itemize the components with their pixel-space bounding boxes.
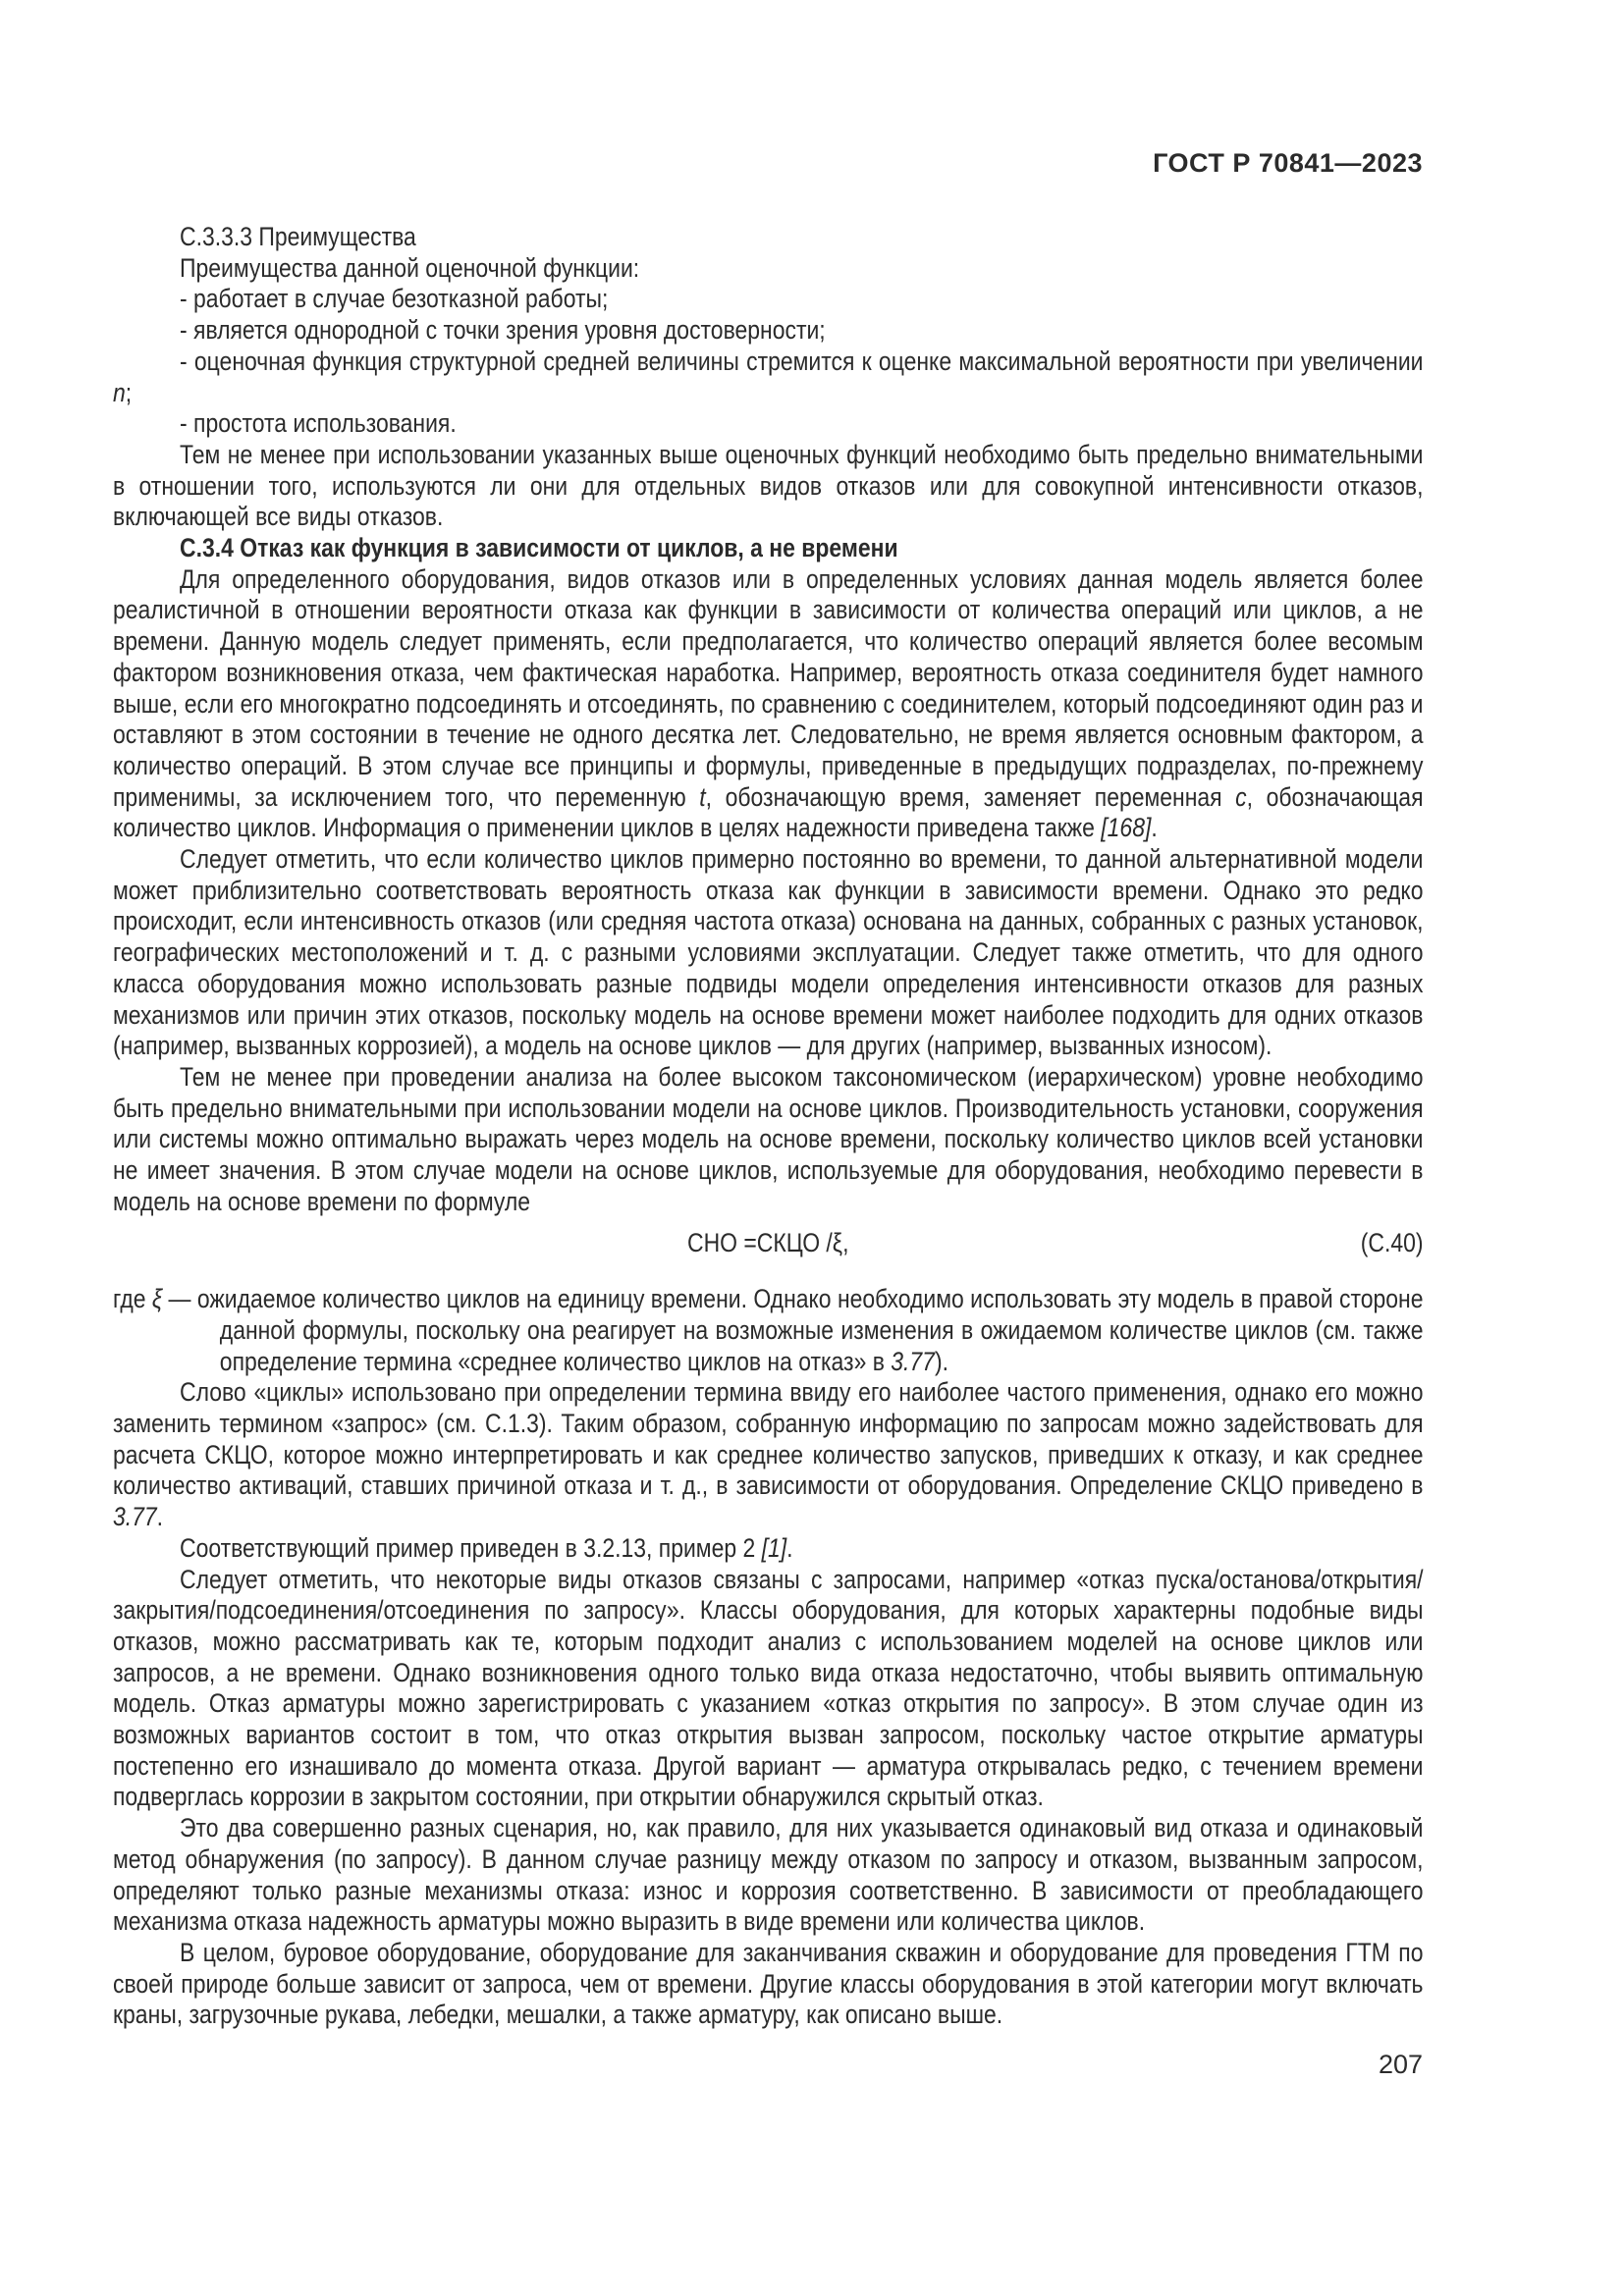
- text-run: 3.77: [113, 1502, 157, 1531]
- text-run: [168]: [1101, 813, 1151, 842]
- text-run: Слово «циклы» использовано при определен…: [113, 1377, 1424, 1500]
- para-cycles-term: Слово «циклы» использовано при определен…: [113, 1377, 1424, 1533]
- text-run: Тем не менее при использовании указанных…: [113, 440, 1424, 531]
- page-number: 207: [113, 2049, 1423, 2080]
- text-run: Следует отметить, что если количество ци…: [113, 844, 1424, 1060]
- clause-heading-c34: С.3.4 Отказ как функция в зависимости от…: [113, 533, 1424, 564]
- formula-expression: СНО =СКЦО /ξ,: [687, 1228, 848, 1257]
- text-run: В целом, буровое оборудование, оборудова…: [113, 1938, 1424, 2029]
- text-run: - работает в случае безотказной работы;: [180, 284, 608, 313]
- text-run: - оценочная функция структурной средней …: [180, 347, 1424, 376]
- bullet-estimator-max-probability: - оценочная функция структурной средней …: [113, 347, 1424, 408]
- text-run: .: [1151, 813, 1157, 842]
- document-page: ГОСТ Р 70841—2023 С.3.3.3 Преимущества П…: [0, 0, 1624, 2296]
- text-run: Следует отметить, что некоторые виды отк…: [113, 1565, 1424, 1812]
- para-taxonomic-caution: Тем не менее при проведении анализа на б…: [113, 1062, 1424, 1218]
- text-run: .: [157, 1502, 163, 1531]
- text-run: С.3.4 Отказ как функция в зависимости от…: [180, 533, 898, 562]
- text-run: где: [113, 1284, 152, 1313]
- para-demand-failure-modes: Следует отметить, что некоторые виды отк…: [113, 1565, 1424, 1814]
- para-example-reference: Соответствующий пример приведен в 3.2.13…: [113, 1533, 1424, 1565]
- para-advantages-intro: Преимущества данной оценочной функции:: [113, 253, 1424, 285]
- text-run: Соответствующий пример приведен в 3.2.13…: [180, 1533, 762, 1563]
- text-run: С.3.3.3 Преимущества: [180, 222, 416, 251]
- para-general-conclusion: В целом, буровое оборудование, оборудова…: [113, 1938, 1424, 2031]
- text-run: ).: [935, 1347, 948, 1376]
- para-caution-usage: Тем не менее при использовании указанных…: [113, 440, 1424, 533]
- para-cycles-model: Для определенного оборудования, видов от…: [113, 564, 1424, 844]
- text-run: .: [786, 1533, 792, 1563]
- text-run: Это два совершенно разных сценария, но, …: [113, 1813, 1424, 1936]
- bullet-works-no-failure: - работает в случае безотказной работы;: [113, 284, 1424, 315]
- para-xi-definition: где ξ — ожидаемое количество циклов на е…: [113, 1284, 1424, 1377]
- text-run: Для определенного оборудования, видов от…: [113, 564, 1424, 812]
- text-run: — ожидаемое количество циклов на единицу…: [162, 1284, 1423, 1375]
- text-run: Преимущества данной оценочной функции:: [180, 253, 639, 283]
- text-run: - является однородной с точки зрения уро…: [180, 315, 826, 345]
- text-run: ξ: [152, 1284, 162, 1313]
- text-run: - простота использования.: [180, 408, 457, 438]
- subclause-heading-c333: С.3.3.3 Преимущества: [113, 222, 1424, 253]
- text-run: ;: [126, 378, 132, 407]
- text-run: n: [113, 378, 126, 407]
- document-body: С.3.3.3 Преимущества Преимущества данной…: [113, 222, 1424, 2031]
- text-run: , обозначающую время, заменяет переменна…: [706, 782, 1236, 812]
- formula-c40: СНО =СКЦО /ξ, (С.40): [113, 1228, 1424, 1259]
- text-run: [1]: [762, 1533, 787, 1563]
- text-run: Тем не менее при проведении анализа на б…: [113, 1062, 1424, 1216]
- text-run: 3.77: [891, 1347, 935, 1376]
- bullet-simplicity: - простота использования.: [113, 408, 1424, 440]
- bullet-homogeneous-confidence: - является однородной с точки зрения уро…: [113, 315, 1424, 347]
- text-run: c: [1235, 782, 1246, 812]
- para-cycles-note: Следует отметить, что если количество ци…: [113, 844, 1424, 1062]
- standard-designation: ГОСТ Р 70841—2023: [113, 147, 1423, 179]
- formula-number: (С.40): [1361, 1228, 1424, 1259]
- para-two-scenarios: Это два совершенно разных сценария, но, …: [113, 1813, 1424, 1938]
